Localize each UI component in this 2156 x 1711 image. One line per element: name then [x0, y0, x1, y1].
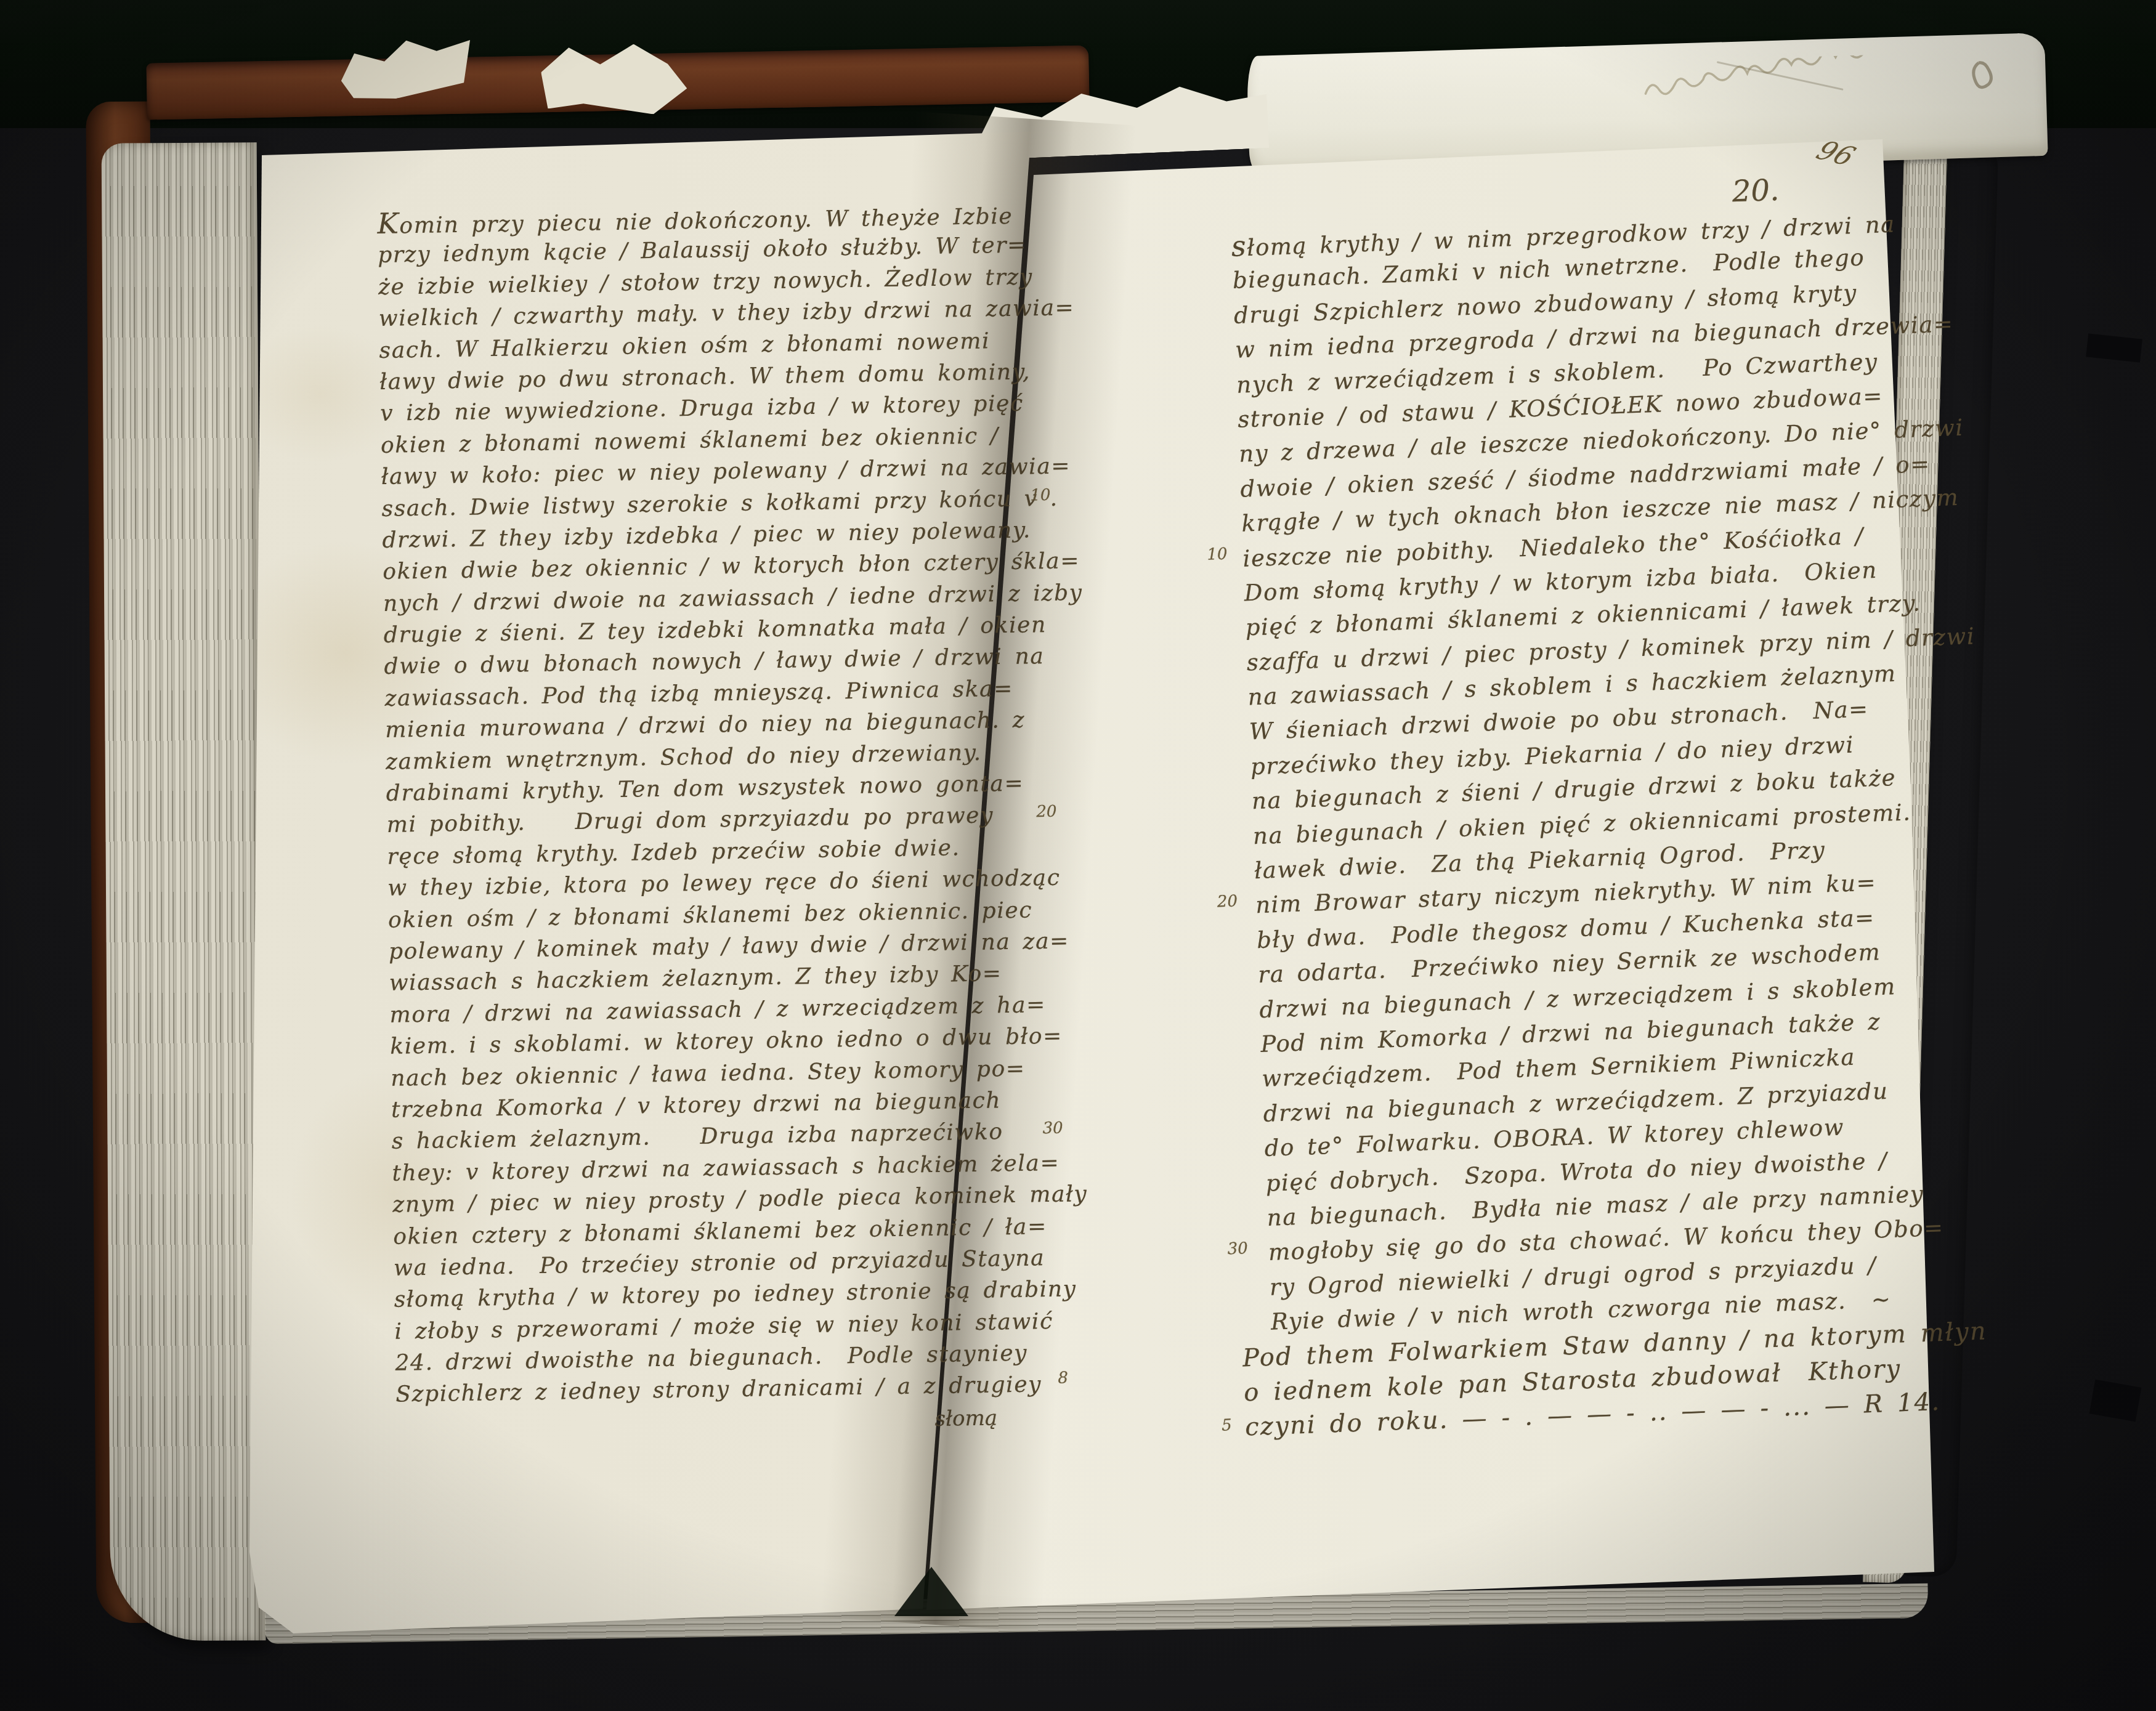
page-number: 20. — [1732, 173, 1780, 209]
page-edges-left — [102, 142, 266, 1641]
clasp-remnant — [2086, 334, 2142, 363]
line-number-10: 10 — [1207, 545, 1228, 564]
manuscript-photo: Komin przy piecu nie dokończony. W theyż… — [0, 0, 2156, 1711]
right-page-text: słomą krythy / w nim przegrodkow trzy / … — [1231, 204, 1940, 1444]
line-number-30: 30 — [1227, 1239, 1248, 1258]
line-number-5: 5 — [1222, 1416, 1233, 1435]
line-number-20: 20 — [1217, 892, 1238, 911]
line-number-8: 8 — [1058, 1369, 1068, 1388]
right-page-lines: słomą krythy / w nim przegrodkow trzy / … — [1231, 204, 1940, 1444]
clasp-remnant — [2089, 1380, 2142, 1422]
faint-inscription — [1641, 51, 2012, 111]
